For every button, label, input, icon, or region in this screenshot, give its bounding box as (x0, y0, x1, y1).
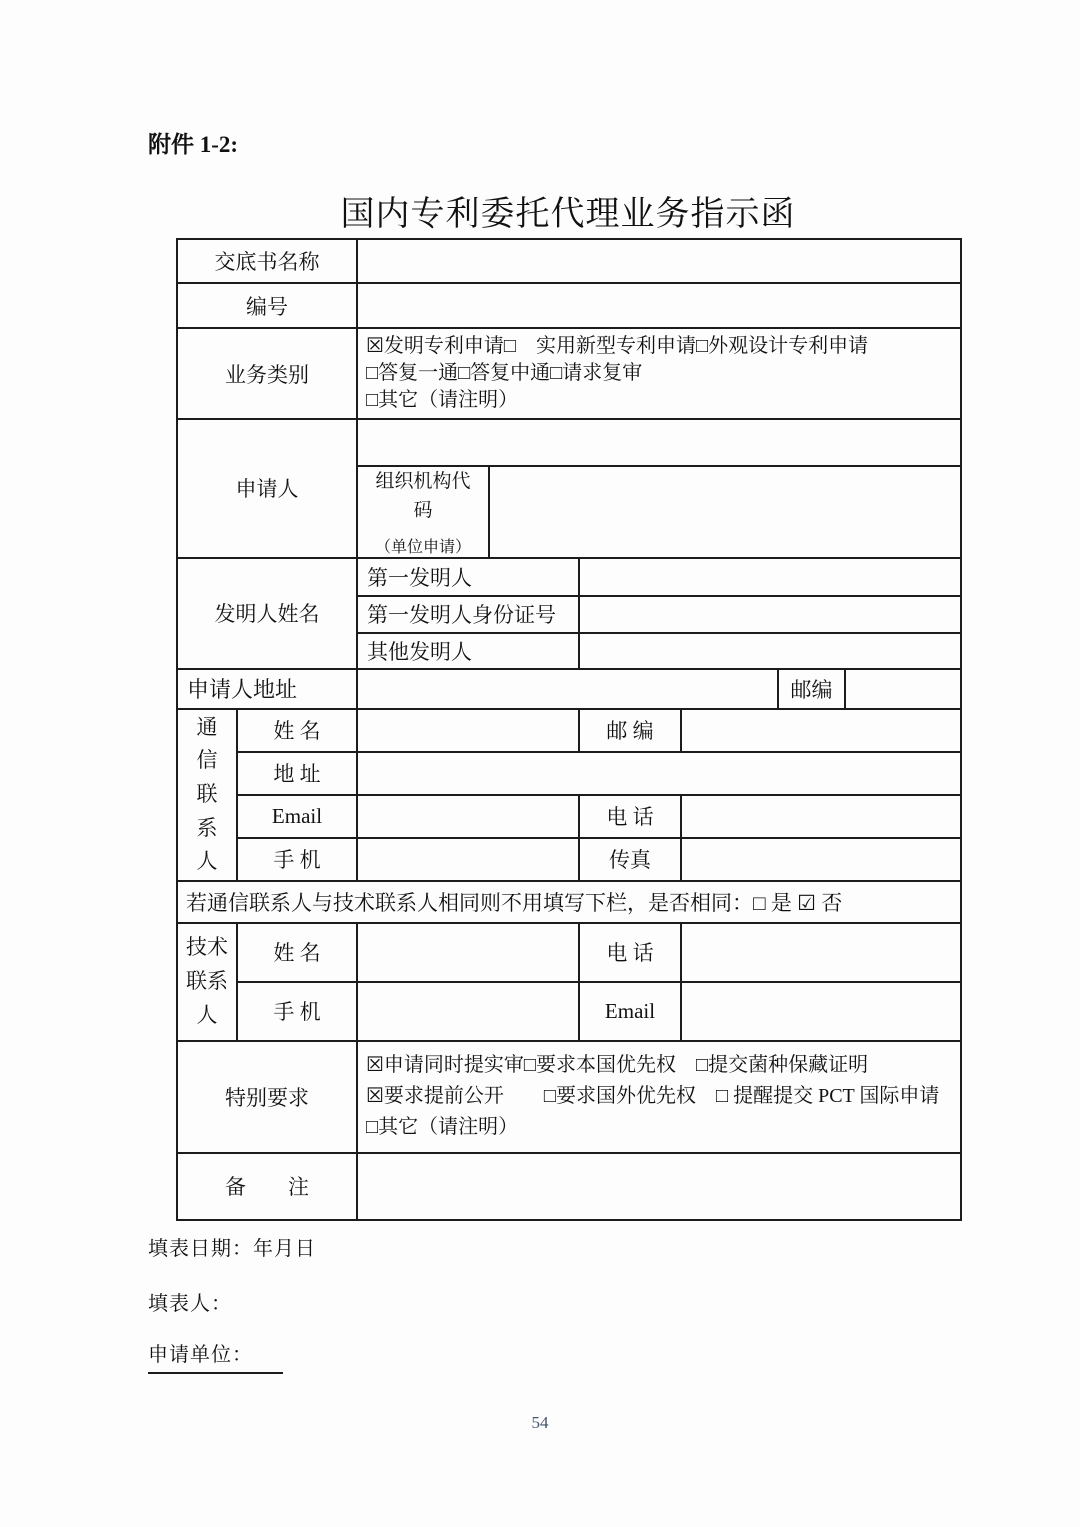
org-code-label-cell: 组织机构代 码 （单位申请） (357, 466, 489, 558)
org-code-input-cell (489, 466, 961, 558)
same-contact-question: 若通信联系人与技术联系人相同则不用填写下栏，是否相同：□ 是 ☑ 否 (177, 881, 961, 923)
applicant-name-input-cell (357, 419, 961, 466)
inventor-name-label: 发明人姓名 (177, 558, 357, 669)
comm-postcode-label: 邮 编 (579, 709, 681, 752)
comm-contact-label: 通 信 联 系 人 (177, 709, 237, 881)
applicant-label: 申请人 (177, 419, 357, 558)
business-checkbox-line-3: □其它（请注明） (366, 387, 954, 414)
comm-address-label: 地 址 (237, 752, 357, 795)
page-title: 国内专利委托代理业务指示函 (48, 186, 1080, 235)
applicant-address-label: 申请人地址 (177, 669, 357, 709)
form-table: 交底书名称 编号 业务类别 ☒发明专利申请□ 实用新型专利申请□外观设计专利申请… (176, 238, 962, 1221)
comm-postcode-input-cell (681, 709, 961, 752)
first-inventor-input-cell (579, 558, 961, 596)
other-inventors-label: 其他发明人 (357, 633, 579, 669)
special-requirements-label: 特别要求 (177, 1041, 357, 1153)
other-inventors-input-cell (579, 633, 961, 669)
first-inventor-id-input-cell (579, 596, 961, 633)
page-number: 54 (0, 1413, 1080, 1433)
tech-mobile-label: 手 机 (237, 982, 357, 1041)
comm-mobile-input-cell (357, 838, 579, 881)
tech-mobile-input-cell (357, 982, 579, 1041)
comm-fax-label: 传真 (579, 838, 681, 881)
comm-email-input-cell (357, 795, 579, 838)
tech-phone-label: 电 话 (579, 923, 681, 982)
remarks-label: 备 注 (177, 1153, 357, 1220)
applicant-address-input-cell (357, 669, 778, 709)
attachment-label: 附件 1-2: (148, 126, 238, 159)
business-checkbox-line-2: □答复一通□答复中通□请求复审 (366, 360, 954, 387)
comm-fax-input-cell (681, 838, 961, 881)
disclosure-name-label: 交底书名称 (177, 239, 357, 283)
disclosure-name-input-cell (357, 239, 961, 283)
fill-person-line: 填表人： (148, 1287, 232, 1316)
comm-email-label: Email (237, 795, 357, 838)
comm-name-input-cell (357, 709, 579, 752)
org-code-note: （单位申请） (358, 534, 488, 557)
tech-contact-label: 技术 联系 人 (177, 923, 237, 1041)
tech-email-label: Email (579, 982, 681, 1041)
business-category-options-cell: ☒发明专利申请□ 实用新型专利申请□外观设计专利申请 □答复一通□答复中通□请求… (357, 328, 961, 419)
special-checkbox-line-2: ☒要求提前公开 □要求国外优先权 □ 提醒提交 PCT 国际申请 (366, 1081, 954, 1112)
comm-name-label: 姓 名 (237, 709, 357, 752)
tech-email-input-cell (681, 982, 961, 1041)
applicant-postcode-input-cell (845, 669, 961, 709)
business-category-label: 业务类别 (177, 328, 357, 419)
applicant-postcode-label: 邮编 (778, 669, 845, 709)
first-inventor-id-label: 第一发明人身份证号 (357, 596, 579, 633)
first-inventor-label: 第一发明人 (357, 558, 579, 596)
org-code-label: 组织机构代 码 (358, 467, 488, 526)
comm-mobile-label: 手 机 (237, 838, 357, 881)
special-requirements-options-cell: ☒申请同时提实审□要求本国优先权 □提交菌种保藏证明 ☒要求提前公开 □要求国外… (357, 1041, 961, 1153)
tech-name-label: 姓 名 (237, 923, 357, 982)
applicant-unit-line: 申请单位： (148, 1338, 283, 1374)
number-label: 编号 (177, 283, 357, 328)
tech-phone-input-cell (681, 923, 961, 982)
fill-date-line: 填表日期：年月日 (148, 1232, 316, 1261)
comm-phone-label: 电 话 (579, 795, 681, 838)
business-checkbox-line-1: ☒发明专利申请□ 实用新型专利申请□外观设计专利申请 (366, 333, 954, 360)
tech-name-input-cell (357, 923, 579, 982)
comm-address-input-cell (357, 752, 961, 795)
comm-phone-input-cell (681, 795, 961, 838)
special-checkbox-line-3: □其它（请注明） (366, 1112, 954, 1143)
number-input-cell (357, 283, 961, 328)
remarks-input-cell (357, 1153, 961, 1220)
special-checkbox-line-1: ☒申请同时提实审□要求本国优先权 □提交菌种保藏证明 (366, 1050, 954, 1081)
